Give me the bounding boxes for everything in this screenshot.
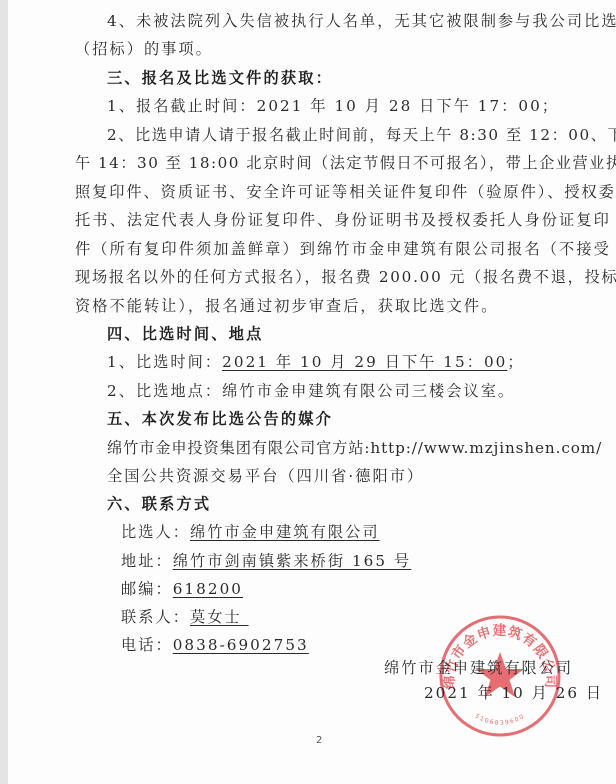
viewer-left-margin [0,0,8,784]
document-page: 4、未被法院列入失信被执行人名单，无其它被限制参与我公司比选 （招标）的事项。 … [8,0,616,784]
bid-place: 2、比选地点：绵竹市金申建筑有限公司三楼会议室。 [107,381,515,401]
contact-bidder-value: 绵竹市金申建筑有限公司 [190,523,380,541]
bid-time-label: 1、比选时间： [107,353,222,371]
registration-deadline: 1、报名截止时间：2021 年 10 月 28 日下午 17：00； [107,96,559,116]
registration-instructions-4: 托书、法定代表人身份证复印件、身份证明书及授权委托人身份证复印 [75,210,611,230]
bid-time: 1、比选时间：2021 年 10 月 29 日下午 15：00； [107,352,525,372]
signature-date: 2021 年 10 月 26 日 [424,682,603,703]
contact-address: 地址：绵竹市剑南镇紫来桥街 165 号 [121,551,411,571]
registration-instructions-1: 2、比选申请人请于报名截止时间前，每天上午 8:30 至 12：00、下 [107,125,616,145]
contact-bidder: 比选人：绵竹市金申建筑有限公司 [121,522,380,542]
section-5-heading: 五、本次发布比选公告的媒介 [107,409,333,429]
contact-postcode: 邮编：618200 [121,579,243,599]
contact-address-value: 绵竹市剑南镇紫来桥街 165 号 [173,552,412,570]
registration-instructions-5: 件（所有复印件须加盖鲜章）到绵竹市金申建筑有限公司报名（不接受 [75,239,611,259]
registration-instructions-3: 照复印件、资质证书、安全许可证等相关证件复印件（验原件）、授权委 [75,182,616,202]
contact-postcode-value: 618200 [173,580,243,598]
contact-bidder-label: 比选人： [121,523,190,541]
section-4-heading: 四、比选时间、地点 [107,324,264,344]
contact-phone-label: 电话： [121,636,173,654]
contact-person: 联系人：莫女士 [121,607,249,627]
contact-person-label: 联系人： [121,608,190,626]
item-4-blacklist: 4、未被法院列入失信被执行人名单，无其它被限制参与我公司比选 [107,11,616,31]
item-4-continuation: （招标）的事项。 [75,39,213,59]
media-public-platform: 全国公共资源交易平台（四川省·德阳市） [107,466,424,486]
section-3-heading: 三、报名及比选文件的获取： [107,68,333,88]
contact-phone: 电话：0838-6902753 [121,635,309,655]
contact-address-label: 地址： [121,552,173,570]
registration-instructions-7: 资格不能转让），报名通过初步审查后，获取比选文件。 [75,296,498,316]
bid-time-suffix: ； [507,353,524,371]
section-6-heading: 六、联系方式 [107,494,211,514]
registration-instructions-6: 现场报名以外的任何方式报名），报名费 200.00 元（报名费不退，投标 [75,267,616,287]
page-number: 2 [316,735,322,746]
signature-company: 绵竹市金申建筑有限公司 [384,657,573,678]
bid-time-value: 2021 年 10 月 29 日下午 15：00 [222,353,507,371]
contact-person-value: 莫女士 [190,608,249,626]
registration-instructions-2: 午 14：30 至 18:00 北京时间（法定节假日不可报名），带上企业营业执 [75,153,616,173]
contact-postcode-label: 邮编： [121,580,173,598]
contact-phone-value: 0838-6902753 [173,636,309,654]
svg-text:5106839600: 5106839600 [474,713,526,727]
media-official-site: 绵竹市金申投资集团有限公司官方站:http://www.mzjinshen.co… [107,438,602,458]
